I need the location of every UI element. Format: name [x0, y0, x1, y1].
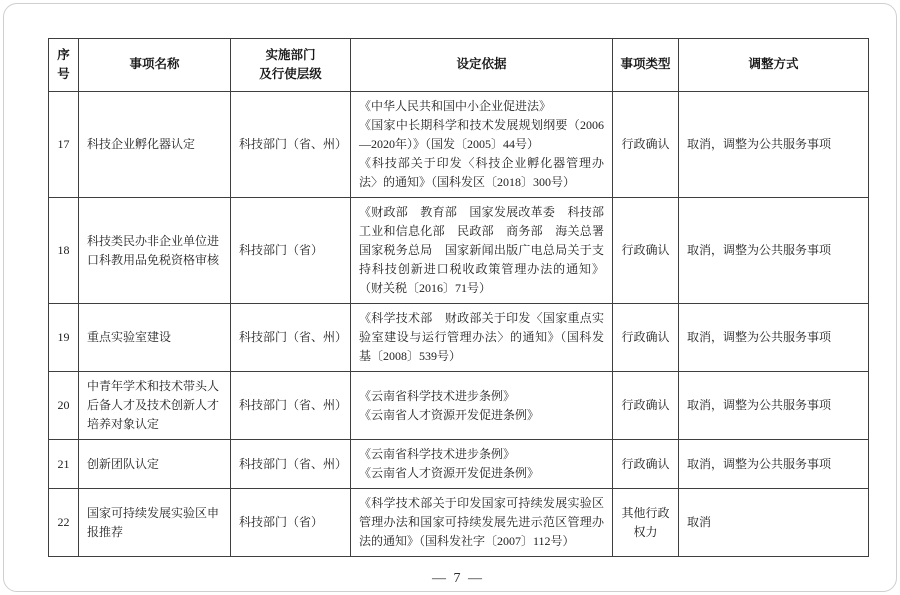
item-name: 重点实验室建设	[79, 304, 231, 372]
item-type: 行政确认	[613, 372, 679, 440]
adjustment-method: 取消，调整为公共服务事项	[679, 304, 869, 372]
column-header-adjustment: 调整方式	[679, 39, 869, 92]
implementing-department: 科技部门（省、州）	[231, 92, 351, 198]
row-number: 22	[49, 489, 79, 557]
table-row: 20 中青年学术和技术带头人后备人才及技术创新人才培养对象认定 科技部门（省、州…	[49, 372, 869, 440]
item-name: 创新团队认定	[79, 440, 231, 489]
adjustment-method: 取消，调整为公共服务事项	[679, 198, 869, 304]
table-row: 17 科技企业孵化器认定 科技部门（省、州） 《中华人民共和国中小企业促进法》 …	[49, 92, 869, 198]
setting-basis: 《中华人民共和国中小企业促进法》 《国家中长期科学和技术发展规划纲要（2006—…	[351, 92, 613, 198]
implementing-department: 科技部门（省）	[231, 198, 351, 304]
item-type: 行政确认	[613, 92, 679, 198]
column-header-item-name: 事项名称	[79, 39, 231, 92]
column-header-number: 序 号	[49, 39, 79, 92]
document-page: 序 号 事项名称 实施部门 及行使层级 设定依据 事项类型 调整方式 17 科技…	[48, 38, 868, 587]
table-row: 19 重点实验室建设 科技部门（省、州） 《科学技术部 财政部关于印发〈国家重点…	[49, 304, 869, 372]
setting-basis: 《科学技术部关于印发国家可持续发展实验区管理办法和国家可持续发展先进示范区管理办…	[351, 489, 613, 557]
item-type: 其他行政权力	[613, 489, 679, 557]
implementing-department: 科技部门（省、州）	[231, 440, 351, 489]
adjustment-method: 取消，调整为公共服务事项	[679, 372, 869, 440]
row-number: 17	[49, 92, 79, 198]
adjustment-method: 取消	[679, 489, 869, 557]
implementing-department: 科技部门（省、州）	[231, 372, 351, 440]
item-name: 中青年学术和技术带头人后备人才及技术创新人才培养对象认定	[79, 372, 231, 440]
implementing-department: 科技部门（省）	[231, 489, 351, 557]
implementing-department: 科技部门（省、州）	[231, 304, 351, 372]
item-type: 行政确认	[613, 304, 679, 372]
row-number: 20	[49, 372, 79, 440]
table-row: 18 科技类民办非企业单位进口科教用品免税资格审核 科技部门（省） 《财政部 教…	[49, 198, 869, 304]
table-header: 序 号 事项名称 实施部门 及行使层级 设定依据 事项类型 调整方式	[49, 39, 869, 92]
page-number: — 7 —	[48, 571, 868, 587]
item-name: 国家可持续发展实验区申报推荐	[79, 489, 231, 557]
setting-basis: 《科学技术部 财政部关于印发〈国家重点实验室建设与运行管理办法〉的通知》（国科发…	[351, 304, 613, 372]
column-header-basis: 设定依据	[351, 39, 613, 92]
setting-basis: 《云南省科学技术进步条例》 《云南省人才资源开发促进条例》	[351, 372, 613, 440]
column-header-department: 实施部门 及行使层级	[231, 39, 351, 92]
item-name: 科技类民办非企业单位进口科教用品免税资格审核	[79, 198, 231, 304]
row-number: 21	[49, 440, 79, 489]
row-number: 19	[49, 304, 79, 372]
adjustment-method: 取消，调整为公共服务事项	[679, 92, 869, 198]
item-type: 行政确认	[613, 440, 679, 489]
setting-basis: 《云南省科学技术进步条例》 《云南省人才资源开发促进条例》	[351, 440, 613, 489]
table-body: 17 科技企业孵化器认定 科技部门（省、州） 《中华人民共和国中小企业促进法》 …	[49, 92, 869, 557]
row-number: 18	[49, 198, 79, 304]
adjustment-method: 取消，调整为公共服务事项	[679, 440, 869, 489]
table-row: 21 创新团队认定 科技部门（省、州） 《云南省科学技术进步条例》 《云南省人才…	[49, 440, 869, 489]
item-type: 行政确认	[613, 198, 679, 304]
table-row: 22 国家可持续发展实验区申报推荐 科技部门（省） 《科学技术部关于印发国家可持…	[49, 489, 869, 557]
item-name: 科技企业孵化器认定	[79, 92, 231, 198]
setting-basis: 《财政部 教育部 国家发展改革委 科技部 工业和信息化部 民政部 商务部 海关总…	[351, 198, 613, 304]
column-header-type: 事项类型	[613, 39, 679, 92]
items-table: 序 号 事项名称 实施部门 及行使层级 设定依据 事项类型 调整方式 17 科技…	[48, 38, 869, 557]
